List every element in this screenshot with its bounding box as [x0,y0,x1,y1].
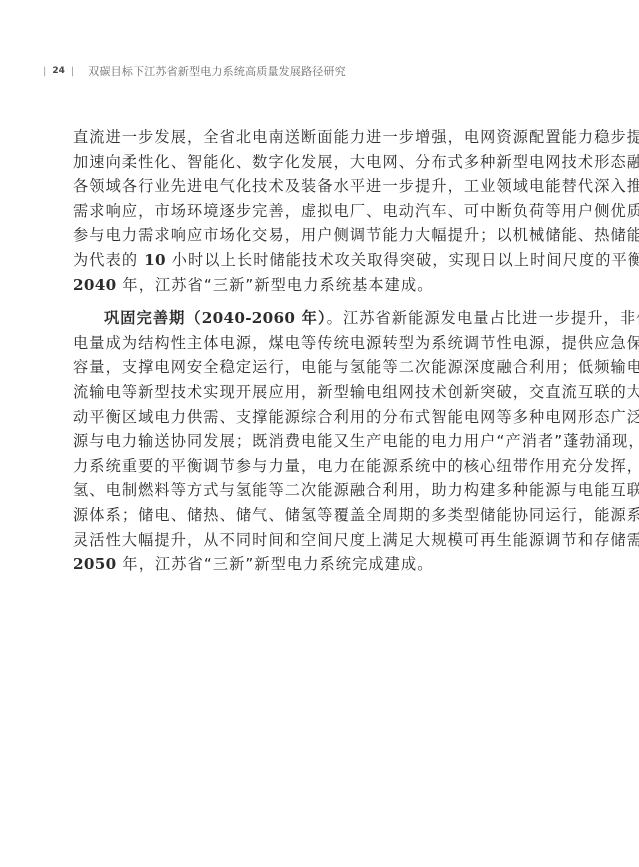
body-text: 直流进一步发展，全省北电南送断面能力进一步增强，电网资源配置能力稳步提升，电网 … [73,125,539,577]
text-line: 电量成为结构性主体电源，煤电等传统电源转型为系统调节性电源，提供应急保障和备用 [73,331,539,356]
text-fragment: 小时以上长时储能技术攻关取得突破，实现日以上时间尺度的平衡调节。到 [166,251,639,269]
text-line: 各领域各行业先进电气化技术及装备水平进一步提升，工业领域电能替代深入推进，电力 [73,174,539,199]
text-line: 动平衡区域电力供需、支撑能源综合利用的分布式智能电网等多种电网形态广泛并存，能 [73,405,539,430]
running-header: | 24 | 双碳目标下江苏省新型电力系统高质量发展路径研究 [43,63,346,79]
text-line: 氢、电制燃料等方式与氢能等二次能源融合利用，助力构建多种能源与电能互联互通的能 [73,478,539,503]
paragraph-consolidation-period: 巩固完善期（2040-2060 年）。江苏省新能源发电量占比进一步提升，非化石能… [73,306,539,577]
text-line: 直流进一步发展，全省北电南送断面能力进一步增强，电网资源配置能力稳步提升，电网 [73,125,539,150]
text-line: 灵活性大幅提升，从不同时间和空间尺度上满足大规模可再生能源调节和存储需求。到 [73,528,539,553]
year-2050: 2050 [73,555,116,573]
text-line: 为代表的 10 小时以上长时储能技术攻关取得突破，实现日以上时间尺度的平衡调节。… [73,248,539,273]
text-fragment: 为代表的 [73,251,144,269]
text-line: 源体系；储电、储热、储气、储氢等覆盖全周期的多类型储能协同运行，能源系统运行 [73,503,539,528]
text-line: 加速向柔性化、智能化、数字化发展，大电网、分布式多种新型电网技术形态融合发展； [73,150,539,175]
running-header-title: 双碳目标下江苏省新型电力系统高质量发展路径研究 [88,63,346,79]
text-line: 力系统重要的平衡调节参与力量，电力在能源系统中的核心纽带作用充分发挥，通过电转 [73,454,539,479]
text-line: 需求响应，市场环境逐步完善，虚拟电厂、电动汽车、可中断负荷等用户侧优质调节资源 [73,199,539,224]
separator-bar: | [71,66,74,77]
text-line: 2040 年，江苏省“三新”新型电力系统基本建成。 [73,273,539,298]
text-line: 容量，支撑电网安全稳定运行，电能与氢能等二次能源深度融合利用；低频输电、超导直 [73,355,539,380]
text-fragment: 。江苏省新能源发电量占比进一步提升，非化石能源 [327,309,639,327]
text-line: 参与电力需求响应市场化交易，用户侧调节能力大幅提升；以机械储能、热储能、氢能等 [73,223,539,248]
heading-years: 2040-2060 [202,309,296,327]
paragraph-development-period: 直流进一步发展，全省北电南送断面能力进一步增强，电网资源配置能力稳步提升，电网 … [73,125,539,297]
page-number: 24 [52,66,65,76]
text-line: 流输电等新型技术实现开展应用，新型输电组网技术创新突破，交直流互联的大电网与主 [73,380,539,405]
heading-text: 年） [295,309,326,327]
year-2040: 2040 [73,276,116,294]
text-line: 源与电力输送协同发展；既消费电能又生产电能的电力用户“产消者”蓬勃涌现，成为电 [73,429,539,454]
text-fragment: 年，江苏省“三新”新型电力系统基本建成。 [116,276,433,294]
text-line: 2050 年，江苏省“三新”新型电力系统完成建成。 [73,552,539,577]
text-line: 巩固完善期（2040-2060 年）。江苏省新能源发电量占比进一步提升，非化石能… [73,306,539,331]
number-10: 10 [144,251,166,269]
heading-text: 巩固完善期（ [104,309,202,327]
section-heading: 巩固完善期（2040-2060 年） [104,309,327,327]
text-fragment: 年，江苏省“三新”新型电力系统完成建成。 [116,555,433,573]
separator-bar: | [43,66,46,77]
